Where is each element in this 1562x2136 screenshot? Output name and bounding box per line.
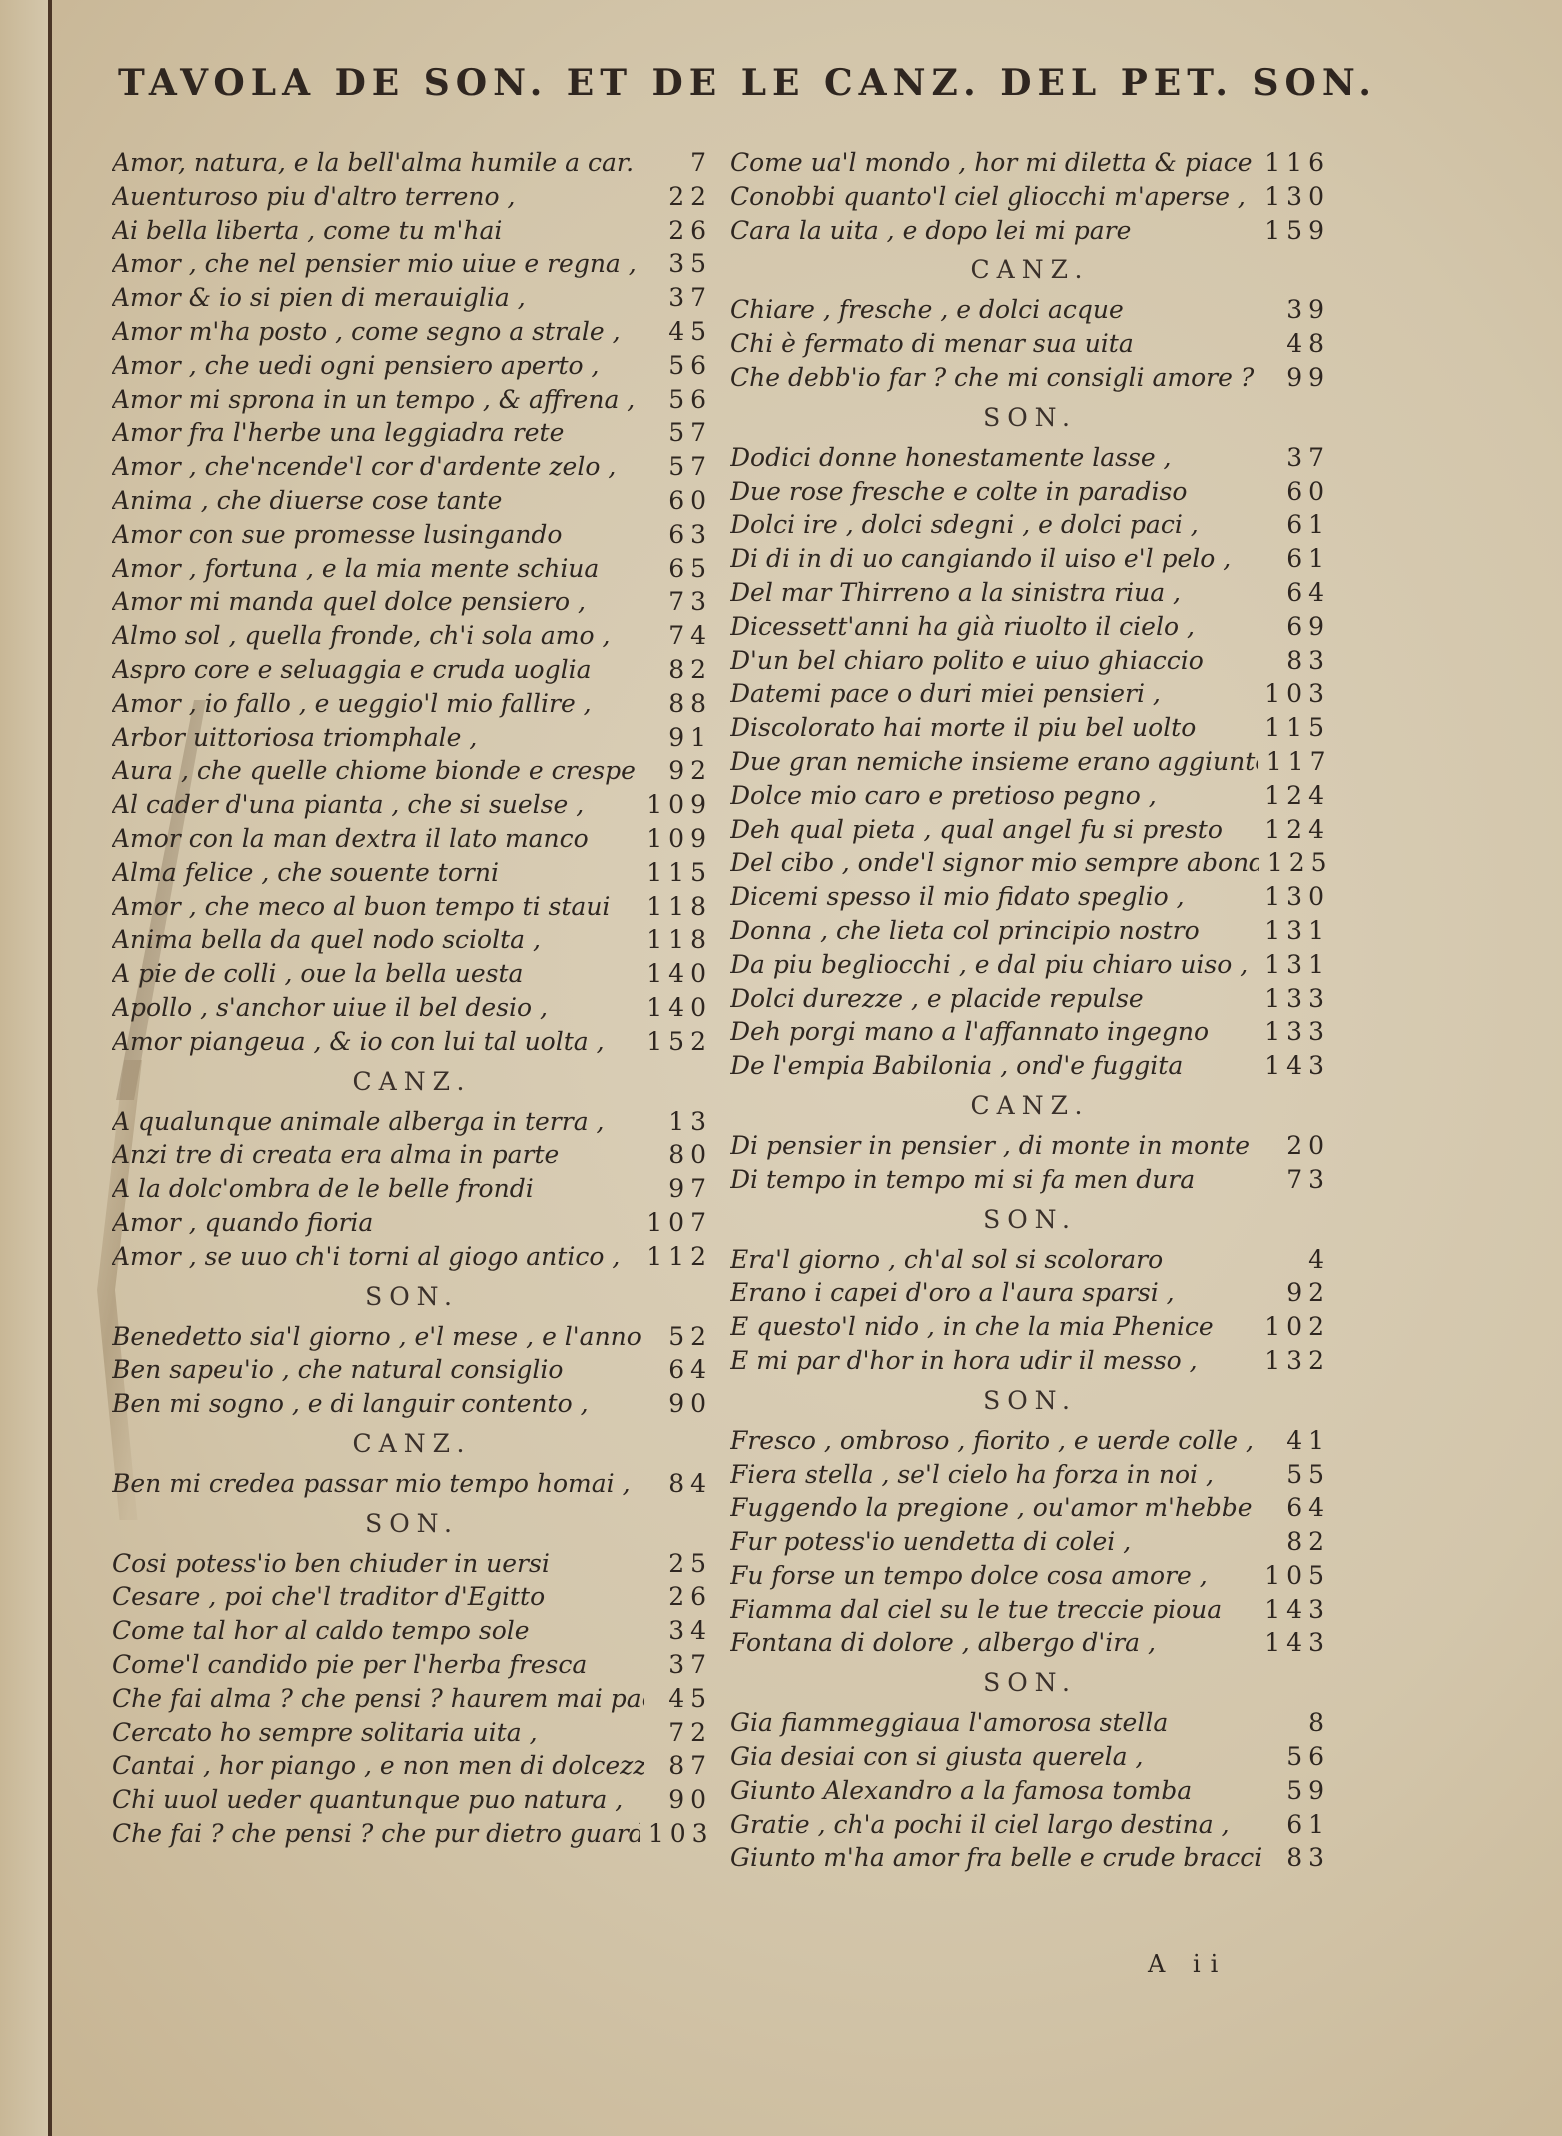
entry-page-number: 88 xyxy=(644,687,712,721)
entry-page-number: 118 xyxy=(638,923,712,957)
entry-page-number: 80 xyxy=(644,1138,712,1172)
binding-gutter xyxy=(48,0,52,2136)
index-entry: Amor , quando fioria107 xyxy=(112,1206,712,1240)
index-entry: Ben mi credea passar mio tempo homai ,84 xyxy=(112,1467,712,1501)
entry-incipit: Anima bella da quel nodo sciolta , xyxy=(112,923,541,957)
entry-incipit: Amor mi sprona in un tempo , & affrena , xyxy=(112,383,635,417)
entry-page-number: 159 xyxy=(1256,214,1330,248)
index-entry: Chiare , fresche , e dolci acque39 xyxy=(730,293,1330,327)
entry-page-number: 130 xyxy=(1256,180,1330,214)
entry-page-number: 56 xyxy=(1262,1740,1330,1774)
entry-incipit: Ben mi credea passar mio tempo homai , xyxy=(112,1467,631,1501)
entry-incipit: Fu forse un tempo dolce cosa amore , xyxy=(730,1559,1208,1593)
entry-incipit: Chi uuol ueder quantunque puo natura , xyxy=(112,1783,623,1817)
section-heading: CANZ. xyxy=(112,1059,712,1105)
entry-incipit: Amor , che uedi ogni pensiero aperto , xyxy=(112,349,600,383)
entry-incipit: Giunto m'ha amor fra belle e crude bracc… xyxy=(730,1841,1262,1875)
entry-page-number: 37 xyxy=(1262,441,1330,475)
section-heading: CANZ. xyxy=(730,1083,1330,1129)
entry-incipit: Dolce mio caro e pretioso pegno , xyxy=(730,779,1157,813)
entry-page-number: 143 xyxy=(1256,1593,1330,1627)
entry-page-number: 26 xyxy=(644,214,712,248)
index-entry: Amor , che uedi ogni pensiero aperto ,56 xyxy=(112,349,712,383)
index-entry: Anima bella da quel nodo sciolta ,118 xyxy=(112,923,712,957)
entry-incipit: Amor mi manda quel dolce pensiero , xyxy=(112,585,586,619)
entry-page-number: 45 xyxy=(644,1682,712,1716)
entry-page-number: 35 xyxy=(644,247,712,281)
index-entry: A qualunque animale alberga in terra ,13 xyxy=(112,1105,712,1139)
entry-page-number: 90 xyxy=(644,1783,712,1817)
section-heading: SON. xyxy=(730,1197,1330,1243)
entry-incipit: Amor con sue promesse lusingando xyxy=(112,518,562,552)
left-column: Amor, natura, e la bell'alma humile a ca… xyxy=(112,146,712,1851)
entry-page-number: 4 xyxy=(1262,1243,1330,1277)
entry-incipit: Aura , che quelle chiome bionde e crespe xyxy=(112,754,636,788)
entry-page-number: 55 xyxy=(1262,1458,1330,1492)
entry-page-number: 97 xyxy=(644,1172,712,1206)
entry-page-number: 152 xyxy=(638,1025,712,1059)
index-entry: Amor fra l'herbe una leggiadra rete57 xyxy=(112,416,712,450)
index-entry: Come ua'l mondo , hor mi diletta & piace… xyxy=(730,146,1330,180)
index-entry: Ben sapeu'io , che natural consiglio64 xyxy=(112,1353,712,1387)
entry-page-number: 105 xyxy=(1256,1559,1330,1593)
entry-incipit: Anzi tre di creata era alma in parte xyxy=(112,1138,559,1172)
entry-page-number: 133 xyxy=(1256,1015,1330,1049)
entry-incipit: Che debb'io far ? che mi consigli amore … xyxy=(730,361,1254,395)
index-entry: Gratie , ch'a pochi il ciel largo destin… xyxy=(730,1808,1330,1842)
entry-incipit: Fiera stella , se'l cielo ha forza in no… xyxy=(730,1458,1214,1492)
entry-page-number: 34 xyxy=(644,1614,712,1648)
index-entry: De l'empia Babilonia , ond'e fuggita143 xyxy=(730,1049,1330,1083)
section-heading: CANZ. xyxy=(730,247,1330,293)
entry-page-number: 99 xyxy=(1262,361,1330,395)
entry-incipit: Datemi pace o duri miei pensieri , xyxy=(730,677,1161,711)
entry-incipit: Fontana di dolore , albergo d'ira , xyxy=(730,1626,1156,1660)
index-entry: A pie de colli , oue la bella uesta140 xyxy=(112,957,712,991)
index-entry: Auenturoso piu d'altro terreno ,22 xyxy=(112,180,712,214)
entry-page-number: 69 xyxy=(1262,610,1330,644)
entry-incipit: Da piu begliocchi , e dal piu chiaro uis… xyxy=(730,948,1248,982)
index-entry: Giunto m'ha amor fra belle e crude bracc… xyxy=(730,1841,1330,1875)
index-entry: Cosi potess'io ben chiuder in uersi25 xyxy=(112,1547,712,1581)
entry-page-number: 115 xyxy=(1256,711,1330,745)
entry-page-number: 20 xyxy=(1262,1129,1330,1163)
entry-page-number: 90 xyxy=(644,1387,712,1421)
entry-incipit: Cantai , hor piango , e non men di dolce… xyxy=(112,1749,644,1783)
section-heading: SON. xyxy=(730,395,1330,441)
entry-incipit: Giunto Alexandro a la famosa tomba xyxy=(730,1774,1192,1808)
entry-incipit: Erano i capei d'oro a l'aura sparsi , xyxy=(730,1276,1175,1310)
running-head: TAVOLA DE SON. ET DE LE CANZ. DEL PET. S… xyxy=(118,62,1338,104)
index-entry: Che debb'io far ? che mi consigli amore … xyxy=(730,361,1330,395)
index-entry: Gia fiammeggiaua l'amorosa stella8 xyxy=(730,1706,1330,1740)
index-entry: Giunto Alexandro a la famosa tomba59 xyxy=(730,1774,1330,1808)
entry-incipit: Auenturoso piu d'altro terreno , xyxy=(112,180,515,214)
entry-incipit: E questo'l nido , in che la mia Phenice xyxy=(730,1310,1214,1344)
entry-incipit: Amor , che'ncende'l cor d'ardente zelo , xyxy=(112,450,616,484)
index-entry: Deh porgi mano a l'affannato ingegno133 xyxy=(730,1015,1330,1049)
entry-incipit: Gratie , ch'a pochi il ciel largo destin… xyxy=(730,1808,1230,1842)
entry-page-number: 82 xyxy=(1262,1525,1330,1559)
entry-incipit: Chi è fermato di menar sua uita xyxy=(730,327,1134,361)
entry-incipit: Deh porgi mano a l'affannato ingegno xyxy=(730,1015,1209,1049)
entry-page-number: 117 xyxy=(1258,745,1330,779)
entry-incipit: Fiamma dal ciel su le tue treccie pioua xyxy=(730,1593,1222,1627)
entry-incipit: Amor , che meco al buon tempo ti staui xyxy=(112,890,610,924)
index-entry: Amor , che nel pensier mio uiue e regna … xyxy=(112,247,712,281)
index-entry: Aspro core e seluaggia e cruda uoglia82 xyxy=(112,653,712,687)
entry-incipit: A la dolc'ombra de le belle frondi xyxy=(112,1172,534,1206)
entry-page-number: 103 xyxy=(1256,677,1330,711)
index-entry: Amor mi manda quel dolce pensiero ,73 xyxy=(112,585,712,619)
entry-page-number: 112 xyxy=(638,1240,712,1274)
index-entry: Cara la uita , e dopo lei mi pare159 xyxy=(730,214,1330,248)
entry-page-number: 103 xyxy=(640,1817,712,1851)
entry-page-number: 143 xyxy=(1256,1626,1330,1660)
entry-incipit: Arbor uittoriosa triomphale , xyxy=(112,721,477,755)
index-entry: Al cader d'una pianta , che si suelse ,1… xyxy=(112,788,712,822)
entry-page-number: 73 xyxy=(644,585,712,619)
entry-incipit: Amor, natura, e la bell'alma humile a ca… xyxy=(112,146,634,180)
index-entry: Ai bella liberta , come tu m'hai26 xyxy=(112,214,712,248)
index-entry: Che fai alma ? che pensi ? haurem mai pa… xyxy=(112,1682,712,1716)
section-heading: CANZ. xyxy=(112,1421,712,1467)
entry-incipit: Gia fiammeggiaua l'amorosa stella xyxy=(730,1706,1168,1740)
entry-page-number: 73 xyxy=(1262,1163,1330,1197)
index-entry: Donna , che lieta col principio nostro13… xyxy=(730,914,1330,948)
index-entry: Due rose fresche e colte in paradiso60 xyxy=(730,475,1330,509)
entry-incipit: Aspro core e seluaggia e cruda uoglia xyxy=(112,653,592,687)
entry-page-number: 13 xyxy=(644,1105,712,1139)
entry-page-number: 65 xyxy=(644,552,712,586)
index-entry: Da piu begliocchi , e dal piu chiaro uis… xyxy=(730,948,1330,982)
entry-incipit: Conobbi quanto'l ciel gliocchi m'aperse … xyxy=(730,180,1246,214)
entry-incipit: A qualunque animale alberga in terra , xyxy=(112,1105,605,1139)
entry-incipit: Di pensier in pensier , di monte in mont… xyxy=(730,1129,1250,1163)
entry-incipit: De l'empia Babilonia , ond'e fuggita xyxy=(730,1049,1183,1083)
entry-incipit: A pie de colli , oue la bella uesta xyxy=(112,957,523,991)
index-entry: Gia desiai con si giusta querela ,56 xyxy=(730,1740,1330,1774)
entry-page-number: 64 xyxy=(1262,576,1330,610)
index-entry: Conobbi quanto'l ciel gliocchi m'aperse … xyxy=(730,180,1330,214)
index-entry: Di di in di uo cangiando il uiso e'l pel… xyxy=(730,542,1330,576)
entry-incipit: Due gran nemiche insieme erano aggiunte xyxy=(730,745,1258,779)
signature-mark: A ii xyxy=(1148,1950,1228,1978)
entry-incipit: Che fai ? che pensi ? che pur dietro gua… xyxy=(112,1817,640,1851)
entry-page-number: 124 xyxy=(1256,813,1330,847)
entry-incipit: Amor m'ha posto , come segno a strale , xyxy=(112,315,621,349)
index-entry: Datemi pace o duri miei pensieri ,103 xyxy=(730,677,1330,711)
entry-page-number: 26 xyxy=(644,1580,712,1614)
entry-page-number: 132 xyxy=(1256,1344,1330,1378)
index-entry: E questo'l nido , in che la mia Phenice1… xyxy=(730,1310,1330,1344)
index-entry: Amor, natura, e la bell'alma humile a ca… xyxy=(112,146,712,180)
index-entry: Discolorato hai morte il piu bel uolto11… xyxy=(730,711,1330,745)
entry-page-number: 72 xyxy=(644,1716,712,1750)
entry-incipit: Amor fra l'herbe una leggiadra rete xyxy=(112,416,564,450)
index-entry: Amor , che meco al buon tempo ti staui11… xyxy=(112,890,712,924)
entry-page-number: 56 xyxy=(644,349,712,383)
index-entry: Anima , che diuerse cose tante60 xyxy=(112,484,712,518)
entry-incipit: Dicemi spesso il mio fidato speglio , xyxy=(730,880,1185,914)
index-entry: Amor , io fallo , e ueggio'l mio fallire… xyxy=(112,687,712,721)
entry-incipit: Due rose fresche e colte in paradiso xyxy=(730,475,1187,509)
entry-page-number: 39 xyxy=(1262,293,1330,327)
entry-incipit: Fur potess'io uendetta di colei , xyxy=(730,1525,1131,1559)
entry-incipit: Amor , che nel pensier mio uiue e regna … xyxy=(112,247,637,281)
index-entry: Cantai , hor piango , e non men di dolce… xyxy=(112,1749,712,1783)
entry-incipit: E mi par d'hor in hora udir il messo , xyxy=(730,1344,1198,1378)
index-entry: Ben mi sogno , e di languir contento ,90 xyxy=(112,1387,712,1421)
entry-incipit: Benedetto sia'l giorno , e'l mese , e l'… xyxy=(112,1320,644,1354)
entry-page-number: 60 xyxy=(644,484,712,518)
entry-incipit: Ben sapeu'io , che natural consiglio xyxy=(112,1353,563,1387)
entry-incipit: Come'l candido pie per l'herba fresca xyxy=(112,1648,587,1682)
entry-page-number: 91 xyxy=(644,721,712,755)
index-entry: Di pensier in pensier , di monte in mont… xyxy=(730,1129,1330,1163)
entry-page-number: 92 xyxy=(644,754,712,788)
index-entry: Fiera stella , se'l cielo ha forza in no… xyxy=(730,1458,1330,1492)
entry-incipit: Ben mi sogno , e di languir contento , xyxy=(112,1387,589,1421)
index-entry: Cercato ho sempre solitaria uita ,72 xyxy=(112,1716,712,1750)
index-entry: Cesare , poi che'l traditor d'Egitto26 xyxy=(112,1580,712,1614)
entry-incipit: Amor piangeua , & io con lui tal uolta , xyxy=(112,1025,605,1059)
entry-incipit: Deh qual pieta , qual angel fu si presto xyxy=(730,813,1223,847)
section-heading: SON. xyxy=(112,1501,712,1547)
index-entry: Fresco , ombroso , fiorito , e uerde col… xyxy=(730,1424,1330,1458)
entry-page-number: 57 xyxy=(644,450,712,484)
entry-incipit: Al cader d'una pianta , che si suelse , xyxy=(112,788,584,822)
entry-page-number: 25 xyxy=(644,1547,712,1581)
right-column: Come ua'l mondo , hor mi diletta & piace… xyxy=(730,146,1330,1875)
index-entry: Dodici donne honestamente lasse ,37 xyxy=(730,441,1330,475)
index-entry: Fur potess'io uendetta di colei ,82 xyxy=(730,1525,1330,1559)
entry-page-number: 37 xyxy=(644,1648,712,1682)
entry-page-number: 140 xyxy=(638,957,712,991)
entry-incipit: Amor , quando fioria xyxy=(112,1206,373,1240)
entry-page-number: 92 xyxy=(1262,1276,1330,1310)
entry-page-number: 8 xyxy=(1262,1706,1330,1740)
entry-page-number: 83 xyxy=(1262,1841,1330,1875)
entry-incipit: Del cibo , onde'l signor mio sempre abon… xyxy=(730,846,1259,880)
entry-incipit: Cesare , poi che'l traditor d'Egitto xyxy=(112,1580,545,1614)
index-entry: Anzi tre di creata era alma in parte80 xyxy=(112,1138,712,1172)
entry-incipit: Fuggendo la pregione , ou'amor m'hebbe xyxy=(730,1491,1253,1525)
entry-page-number: 124 xyxy=(1256,779,1330,813)
entry-incipit: Amor , se uuo ch'i torni al giogo antico… xyxy=(112,1240,620,1274)
entry-page-number: 57 xyxy=(644,416,712,450)
entry-page-number: 87 xyxy=(644,1749,712,1783)
entry-incipit: Discolorato hai morte il piu bel uolto xyxy=(730,711,1196,745)
entry-incipit: Dolci durezze , e placide repulse xyxy=(730,982,1144,1016)
entry-page-number: 115 xyxy=(638,856,712,890)
index-entry: Alma felice , che souente torni115 xyxy=(112,856,712,890)
index-entry: Dicemi spesso il mio fidato speglio ,130 xyxy=(730,880,1330,914)
index-entry: Del mar Thirreno a la sinistra riua ,64 xyxy=(730,576,1330,610)
entry-page-number: 45 xyxy=(644,315,712,349)
entry-page-number: 60 xyxy=(1262,475,1330,509)
index-entry: Due gran nemiche insieme erano aggiunte1… xyxy=(730,745,1330,779)
section-heading: SON. xyxy=(112,1274,712,1320)
entry-incipit: Fresco , ombroso , fiorito , e uerde col… xyxy=(730,1424,1254,1458)
index-entry: Benedetto sia'l giorno , e'l mese , e l'… xyxy=(112,1320,712,1354)
entry-incipit: Era'l giorno , ch'al sol si scoloraro xyxy=(730,1243,1163,1277)
index-entry: Deh qual pieta , qual angel fu si presto… xyxy=(730,813,1330,847)
entry-incipit: D'un bel chiaro polito e uiuo ghiaccio xyxy=(730,644,1204,678)
entry-incipit: Dolci ire , dolci sdegni , e dolci paci … xyxy=(730,508,1199,542)
entry-incipit: Ai bella liberta , come tu m'hai xyxy=(112,214,502,248)
entry-page-number: 48 xyxy=(1262,327,1330,361)
index-entry: Amor , se uuo ch'i torni al giogo antico… xyxy=(112,1240,712,1274)
index-entry: Dolci durezze , e placide repulse133 xyxy=(730,982,1330,1016)
entry-page-number: 63 xyxy=(644,518,712,552)
index-entry: E mi par d'hor in hora udir il messo ,13… xyxy=(730,1344,1330,1378)
entry-incipit: Di di in di uo cangiando il uiso e'l pel… xyxy=(730,542,1231,576)
index-entry: Amor piangeua , & io con lui tal uolta ,… xyxy=(112,1025,712,1059)
entry-incipit: Di tempo in tempo mi si fa men dura xyxy=(730,1163,1195,1197)
index-entry: Del cibo , onde'l signor mio sempre abon… xyxy=(730,846,1330,880)
entry-incipit: Amor , io fallo , e ueggio'l mio fallire… xyxy=(112,687,592,721)
index-entry: Amor m'ha posto , come segno a strale ,4… xyxy=(112,315,712,349)
entry-page-number: 84 xyxy=(644,1467,712,1501)
index-entry: Apollo , s'anchor uiue il bel desio ,140 xyxy=(112,991,712,1025)
entry-page-number: 109 xyxy=(638,822,712,856)
entry-page-number: 61 xyxy=(1262,542,1330,576)
index-entry: Come'l candido pie per l'herba fresca37 xyxy=(112,1648,712,1682)
index-entry: Amor , che'ncende'l cor d'ardente zelo ,… xyxy=(112,450,712,484)
entry-incipit: Chiare , fresche , e dolci acque xyxy=(730,293,1124,327)
entry-incipit: Apollo , s'anchor uiue il bel desio , xyxy=(112,991,548,1025)
index-entry: Dicessett'anni ha già riuolto il cielo ,… xyxy=(730,610,1330,644)
entry-page-number: 41 xyxy=(1262,1424,1330,1458)
entry-page-number: 64 xyxy=(1262,1491,1330,1525)
entry-incipit: Dodici donne honestamente lasse , xyxy=(730,441,1172,475)
entry-page-number: 130 xyxy=(1256,880,1330,914)
entry-incipit: Donna , che lieta col principio nostro xyxy=(730,914,1200,948)
index-entry: Amor & io si pien di merauiglia ,37 xyxy=(112,281,712,315)
entry-page-number: 133 xyxy=(1256,982,1330,1016)
entry-page-number: 140 xyxy=(638,991,712,1025)
index-entry: Chi è fermato di menar sua uita48 xyxy=(730,327,1330,361)
index-entry: A la dolc'ombra de le belle frondi97 xyxy=(112,1172,712,1206)
entry-page-number: 61 xyxy=(1262,1808,1330,1842)
index-entry: Amor , fortuna , e la mia mente schiua65 xyxy=(112,552,712,586)
entry-page-number: 64 xyxy=(644,1353,712,1387)
entry-page-number: 82 xyxy=(644,653,712,687)
index-entry: Amor mi sprona in un tempo , & affrena ,… xyxy=(112,383,712,417)
entry-page-number: 107 xyxy=(638,1206,712,1240)
entry-page-number: 56 xyxy=(644,383,712,417)
index-entry: Almo sol , quella fronde, ch'i sola amo … xyxy=(112,619,712,653)
entry-page-number: 131 xyxy=(1256,914,1330,948)
book-page: TAVOLA DE SON. ET DE LE CANZ. DEL PET. S… xyxy=(0,0,1562,2136)
entry-incipit: Amor , fortuna , e la mia mente schiua xyxy=(112,552,599,586)
index-entry: Era'l giorno , ch'al sol si scoloraro4 xyxy=(730,1243,1330,1277)
index-entry: Amor con sue promesse lusingando63 xyxy=(112,518,712,552)
entry-incipit: Come tal hor al caldo tempo sole xyxy=(112,1614,530,1648)
index-entry: Erano i capei d'oro a l'aura sparsi ,92 xyxy=(730,1276,1330,1310)
index-entry: Di tempo in tempo mi si fa men dura73 xyxy=(730,1163,1330,1197)
index-entry: Che fai ? che pensi ? che pur dietro gua… xyxy=(112,1817,712,1851)
entry-incipit: Cercato ho sempre solitaria uita , xyxy=(112,1716,538,1750)
entry-page-number: 22 xyxy=(644,180,712,214)
index-entry: Dolce mio caro e pretioso pegno ,124 xyxy=(730,779,1330,813)
entry-page-number: 61 xyxy=(1262,508,1330,542)
entry-incipit: Come ua'l mondo , hor mi diletta & piace xyxy=(730,146,1253,180)
section-heading: SON. xyxy=(730,1660,1330,1706)
index-entry: Dolci ire , dolci sdegni , e dolci paci … xyxy=(730,508,1330,542)
entry-page-number: 74 xyxy=(644,619,712,653)
entry-incipit: Cosi potess'io ben chiuder in uersi xyxy=(112,1547,550,1581)
entry-incipit: Che fai alma ? che pensi ? haurem mai pa… xyxy=(112,1682,644,1716)
entry-page-number: 143 xyxy=(1256,1049,1330,1083)
index-entry: Fuggendo la pregione , ou'amor m'hebbe64 xyxy=(730,1491,1330,1525)
entry-page-number: 118 xyxy=(638,890,712,924)
entry-page-number: 37 xyxy=(644,281,712,315)
index-entry: D'un bel chiaro polito e uiuo ghiaccio83 xyxy=(730,644,1330,678)
index-entry: Amor con la man dextra il lato manco109 xyxy=(112,822,712,856)
index-entry: Fu forse un tempo dolce cosa amore ,105 xyxy=(730,1559,1330,1593)
index-entry: Fiamma dal ciel su le tue treccie pioua1… xyxy=(730,1593,1330,1627)
entry-incipit: Amor & io si pien di merauiglia , xyxy=(112,281,526,315)
entry-incipit: Amor con la man dextra il lato manco xyxy=(112,822,589,856)
entry-incipit: Gia desiai con si giusta querela , xyxy=(730,1740,1143,1774)
entry-page-number: 125 xyxy=(1259,846,1330,880)
entry-page-number: 131 xyxy=(1256,948,1330,982)
entry-incipit: Dicessett'anni ha già riuolto il cielo , xyxy=(730,610,1195,644)
index-entry: Arbor uittoriosa triomphale ,91 xyxy=(112,721,712,755)
entry-incipit: Alma felice , che souente torni xyxy=(112,856,499,890)
index-entry: Come tal hor al caldo tempo sole34 xyxy=(112,1614,712,1648)
entry-page-number: 116 xyxy=(1256,146,1330,180)
index-entry: Fontana di dolore , albergo d'ira ,143 xyxy=(730,1626,1330,1660)
index-entry: Chi uuol ueder quantunque puo natura ,90 xyxy=(112,1783,712,1817)
entry-incipit: Cara la uita , e dopo lei mi pare xyxy=(730,214,1131,248)
entry-page-number: 109 xyxy=(638,788,712,822)
left-page-edge xyxy=(0,0,52,2136)
section-heading: SON. xyxy=(730,1378,1330,1424)
entry-incipit: Almo sol , quella fronde, ch'i sola amo … xyxy=(112,619,610,653)
index-entry: Aura , che quelle chiome bionde e crespe… xyxy=(112,754,712,788)
entry-page-number: 83 xyxy=(1262,644,1330,678)
entry-page-number: 102 xyxy=(1256,1310,1330,1344)
entry-page-number: 52 xyxy=(644,1320,712,1354)
entry-incipit: Anima , che diuerse cose tante xyxy=(112,484,502,518)
entry-incipit: Del mar Thirreno a la sinistra riua , xyxy=(730,576,1181,610)
entry-page-number: 7 xyxy=(644,146,712,180)
entry-page-number: 59 xyxy=(1262,1774,1330,1808)
